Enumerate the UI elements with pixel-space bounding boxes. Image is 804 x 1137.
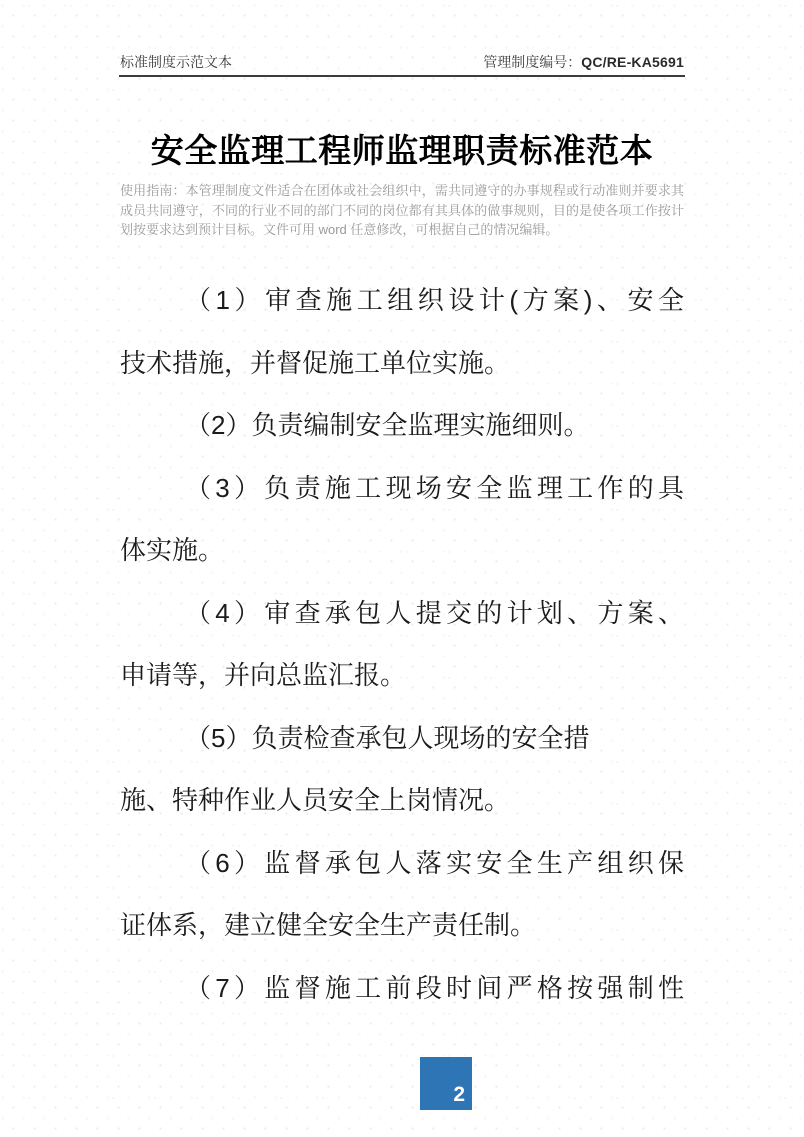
paragraph-3-line-1: （3）负责施工现场安全监理工作的具 xyxy=(120,457,684,520)
paragraph-4-line-2: 申请等，并向总监汇报。 xyxy=(120,644,684,707)
paragraph-6-line-1: （6）监督承包人落实安全生产组织保 xyxy=(120,832,684,895)
header-doc-number-code: QC/RE-KA5691 xyxy=(581,54,684,70)
page-number: 2 xyxy=(453,1084,465,1106)
document-page: 标准制度示范文本 管理制度编号：QC/RE-KA5691 安全监理工程师监理职责… xyxy=(0,0,804,1137)
header-doc-type-label: 标准制度示范文本 xyxy=(120,53,232,71)
page-header: 标准制度示范文本 管理制度编号：QC/RE-KA5691 xyxy=(120,53,684,71)
document-body: （1）审查施工组织设计(方案)、安全 技术措施，并督促施工单位实施。 （2）负责… xyxy=(120,269,684,1019)
paragraph-7-line-1: （7）监督施工前段时间严格按强制性 xyxy=(120,957,684,1020)
paragraph-5-line-1: （5）负责检查承包人现场的安全措 xyxy=(120,707,684,770)
document-title: 安全监理工程师监理职责标准范本 xyxy=(0,131,804,171)
paragraph-6-line-2: 证体系，建立健全安全生产责任制。 xyxy=(120,894,684,957)
header-doc-number: 管理制度编号：QC/RE-KA5691 xyxy=(483,53,684,71)
paragraph-5-line-2: 施、特种作业人员安全上岗情况。 xyxy=(120,769,684,832)
header-divider xyxy=(119,75,685,77)
paragraph-1-line-2: 技术措施，并督促施工单位实施。 xyxy=(120,332,684,395)
paragraph-1-line-1: （1）审查施工组织设计(方案)、安全 xyxy=(120,269,684,332)
paragraph-3-line-2: 体实施。 xyxy=(120,519,684,582)
header-doc-number-label: 管理制度编号： xyxy=(483,54,581,70)
paragraph-2-line-1: （2）负责编制安全监理实施细则。 xyxy=(120,394,684,457)
usage-note: 使用指南：本管理制度文件适合在团体或社会组织中，需共同遵守的办事规程或行动准则并… xyxy=(120,181,684,240)
page-number-badge: 2 xyxy=(420,1057,472,1110)
paragraph-4-line-1: （4）审查承包人提交的计划、方案、 xyxy=(120,582,684,645)
